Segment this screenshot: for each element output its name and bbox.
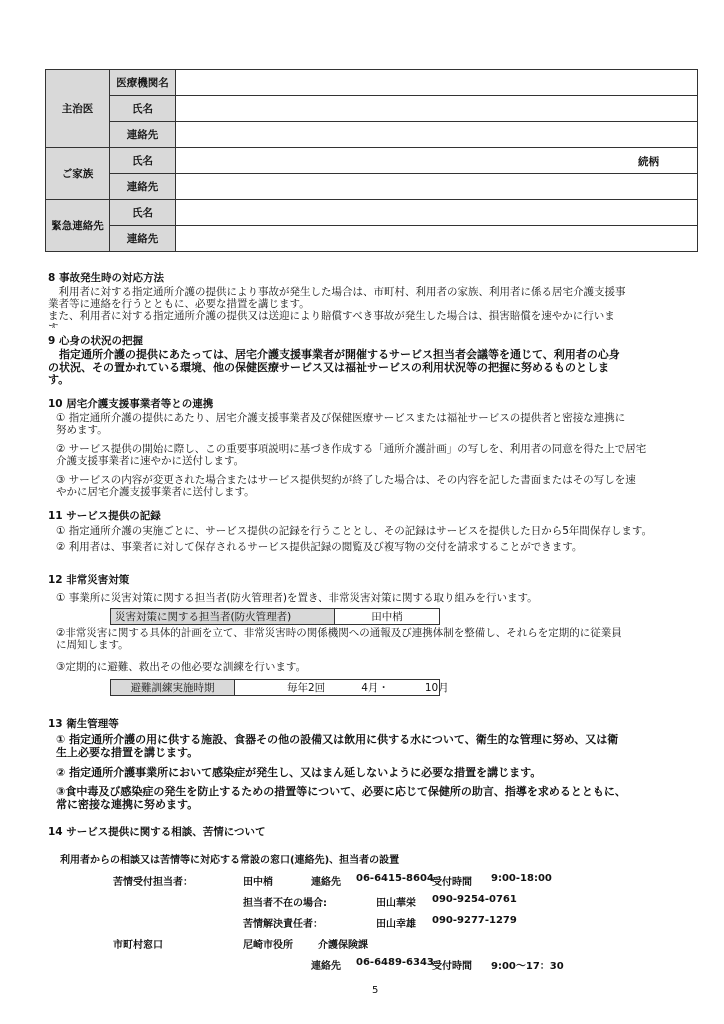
text-line: 業者等に連絡を行うとともに、必要な措置を講じます。 bbox=[48, 298, 698, 310]
row-label: 氏名 bbox=[110, 96, 176, 122]
relationship-label: 続柄 bbox=[638, 154, 659, 169]
section-11-heading: 11 サービス提供の記録 bbox=[48, 508, 161, 523]
row-label: 連絡先 bbox=[110, 226, 176, 252]
fire-manager-label: 災害対策に関する担当者(防火管理者) bbox=[111, 609, 335, 625]
section-13-item-2: ② 指定通所介護事業所において感染症が発生し、又はまん延しないように必要な措置を… bbox=[56, 767, 706, 780]
text-line: ① 指定通所介護の提供にあたり、居宅介護支援事業者及び保健医療サービスまたは福祉… bbox=[56, 412, 706, 424]
complaint-contact-label: 連絡先 bbox=[311, 873, 341, 888]
emergency-contact-field[interactable] bbox=[176, 226, 698, 252]
text-line: の状況、その置かれている環境、他の保健医療サービス又は福祉サービスの利用状況等の… bbox=[48, 362, 698, 375]
family-name-field[interactable]: 続柄 bbox=[176, 148, 698, 174]
text-line: 介護支援事業者に速やかに送付します。 bbox=[56, 455, 706, 467]
complaint-staff-label: 苦情受付担当者： bbox=[113, 873, 193, 888]
section-12-item-3: ③定期的に避難、救出その他必要な訓練を行います。 bbox=[56, 661, 706, 673]
emergency-name-field[interactable] bbox=[176, 200, 698, 226]
resolver-phone: 090-9277-1279 bbox=[432, 915, 517, 926]
drill-period-value: 毎年2回4月・10月 bbox=[235, 680, 440, 696]
text-line: 常に密接な連携に努めます。 bbox=[56, 799, 706, 812]
text-line: やかに居宅介護支援事業者に送付します。 bbox=[56, 486, 706, 498]
drill-month-2: 10月 bbox=[425, 682, 449, 694]
text-line: に周知します。 bbox=[56, 639, 706, 651]
complaint-hours: 9:00-18:00 bbox=[491, 873, 552, 884]
text-line: ② 指定通所介護事業所において感染症が発生し、又はまん延しないように必要な措置を… bbox=[56, 767, 706, 780]
section-10-item-1: ① 指定通所介護の提供にあたり、居宅介護支援事業者及び保健医療サービスまたは福祉… bbox=[56, 412, 706, 436]
text-line: ① 指定通所介護の用に供する施設、食器その他の設備又は飲用に供する水について、衛… bbox=[56, 734, 706, 747]
complaint-phone: 06-6415-8604 bbox=[356, 873, 434, 884]
doctor-institution-field[interactable] bbox=[176, 70, 698, 96]
fire-manager-table: 災害対策に関する担当者(防火管理者) 田中梢 bbox=[110, 608, 440, 625]
row-label: 氏名 bbox=[110, 200, 176, 226]
absent-label: 担当者不在の場合: bbox=[243, 894, 327, 909]
section-10-item-3: ③ サービスの内容が変更された場合またはサービス提供契約が終了した場合は、その内… bbox=[56, 474, 706, 498]
doctor-contact-field[interactable] bbox=[176, 122, 698, 148]
complaint-window-intro: 利用者からの相談又は苦情等に対応する常設の窓口(連絡先)、担当者の設置 bbox=[60, 851, 399, 866]
drill-month-1: 4月・ bbox=[361, 682, 389, 694]
section-13-item-1: ① 指定通所介護の用に供する施設、食器その他の設備又は飲用に供する水について、衛… bbox=[56, 734, 706, 759]
municipal-hours-label: 受付時間 bbox=[432, 957, 472, 972]
doctor-name-field[interactable] bbox=[176, 96, 698, 122]
text-line: 努めます。 bbox=[56, 424, 706, 436]
text-line: ②非常災害に関する具体的計画を立て、非常災害時の関係機関への通報及び連携体制を整… bbox=[56, 627, 706, 639]
page-number: 5 bbox=[372, 985, 378, 996]
text-line: 指定通所介護の提供にあたっては、居宅介護支援事業者が開催するサービス担当者会議等… bbox=[48, 349, 698, 362]
complaint-staff-name: 田中梢 bbox=[243, 873, 273, 888]
text-line: す。 bbox=[48, 374, 698, 387]
municipal-window-label: 市町村窓口 bbox=[113, 936, 163, 951]
section-11-item-1: ① 指定通所介護の実施ごとに、サービス提供の記録を行うこととし、その記録はサービ… bbox=[56, 525, 706, 537]
resolver-name: 田山幸雄 bbox=[376, 915, 416, 930]
absent-name: 田山華栄 bbox=[376, 894, 416, 909]
section-9-body: 指定通所介護の提供にあたっては、居宅介護支援事業者が開催するサービス担当者会議等… bbox=[48, 349, 698, 387]
contacts-table: 主治医 医療機関名 氏名 連絡先 ご家族 氏名 続柄 連絡先 緊急連絡先 氏名 bbox=[45, 69, 698, 252]
section-13-heading: 13 衛生管理等 bbox=[48, 716, 119, 731]
municipal-phone: 06-6489-6343 bbox=[356, 957, 434, 968]
section-12-item-1: ① 事業所に災害対策に関する担当者(防火管理者)を置き、非常災害対策に関する取り… bbox=[56, 592, 706, 604]
text-line: す。 bbox=[48, 322, 698, 328]
section-14-heading: 14 サービス提供に関する相談、苦情について bbox=[48, 824, 266, 839]
section-12-item-2: ②非常災害に関する具体的計画を立て、非常災害時の関係機関への通報及び連携体制を整… bbox=[56, 627, 706, 651]
row-label: 連絡先 bbox=[110, 122, 176, 148]
group-label-doctor: 主治医 bbox=[46, 70, 110, 148]
drill-frequency: 毎年2回 bbox=[287, 682, 325, 694]
section-8-body: 利用者に対する指定通所介護の提供により事故が発生した場合は、市町村、利用者の家族… bbox=[48, 286, 698, 328]
group-label-family: ご家族 bbox=[46, 148, 110, 200]
group-label-emergency: 緊急連絡先 bbox=[46, 200, 110, 252]
absent-phone: 090-9254-0761 bbox=[432, 894, 517, 905]
municipal-contact-label: 連絡先 bbox=[311, 957, 341, 972]
municipal-department: 介護保険課 bbox=[318, 936, 368, 951]
section-8-heading: 8 事故発生時の対応方法 bbox=[48, 270, 164, 285]
text-line: ② サービス提供の開始に際し、この重要事項説明に基づき作成する「通所介護計画」の… bbox=[56, 443, 706, 455]
municipal-office: 尼崎市役所 bbox=[243, 936, 293, 951]
municipal-hours: 9:00～17：30 bbox=[491, 957, 564, 972]
resolver-label: 苦情解決責任者： bbox=[243, 915, 323, 930]
section-10-heading: 10 居宅介護支援事業者等との連携 bbox=[48, 396, 213, 411]
row-label: 医療機関名 bbox=[110, 70, 176, 96]
row-label: 連絡先 bbox=[110, 174, 176, 200]
document-page: 主治医 医療機関名 氏名 連絡先 ご家族 氏名 続柄 連絡先 緊急連絡先 氏名 bbox=[0, 0, 724, 1024]
fire-manager-name: 田中梢 bbox=[335, 609, 440, 625]
text-line: ③ サービスの内容が変更された場合またはサービス提供契約が終了した場合は、その内… bbox=[56, 474, 706, 486]
section-12-heading: 12 非常災害対策 bbox=[48, 572, 129, 587]
text-line: 生上必要な措置を講じます。 bbox=[56, 747, 706, 760]
section-11-item-2: ② 利用者は、事業者に対して保存されるサービス提供記録の閲覧及び複写物の交付を請… bbox=[56, 541, 706, 553]
evacuation-drill-table: 避難訓練実施時期 毎年2回4月・10月 bbox=[110, 679, 440, 696]
section-9-heading: 9 心身の状況の把握 bbox=[48, 333, 143, 348]
complaint-hours-label: 受付時間 bbox=[432, 873, 472, 888]
section-13-item-3: ③食中毒及び感染症の発生を防止するための措置等について、必要に応じて保健所の助言… bbox=[56, 786, 706, 811]
row-label: 氏名 bbox=[110, 148, 176, 174]
text-line: 利用者に対する指定通所介護の提供により事故が発生した場合は、市町村、利用者の家族… bbox=[48, 286, 698, 298]
text-line: ③食中毒及び感染症の発生を防止するための措置等について、必要に応じて保健所の助言… bbox=[56, 786, 706, 799]
family-contact-field[interactable] bbox=[176, 174, 698, 200]
drill-period-label: 避難訓練実施時期 bbox=[111, 680, 235, 696]
text-line: また、利用者に対する指定通所介護の提供又は送迎により賠償すべき事故が発生した場合… bbox=[48, 310, 698, 322]
section-10-item-2: ② サービス提供の開始に際し、この重要事項説明に基づき作成する「通所介護計画」の… bbox=[56, 443, 706, 467]
